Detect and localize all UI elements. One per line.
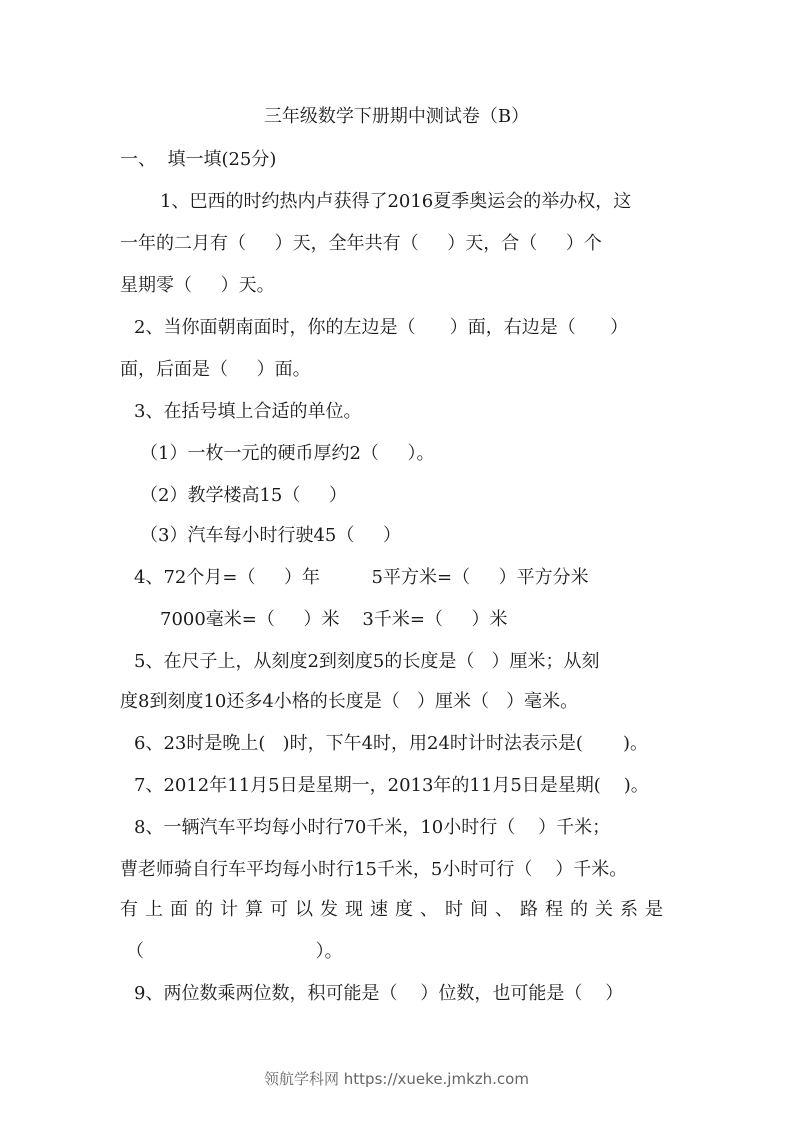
question-8-line-3: 有上面的计算可以发现速度、时间、路程的关系是 [120, 898, 670, 922]
question-6: 6、23时是晚上( )时，下午4时，用24时计时法表示是( )。 [134, 732, 648, 756]
footer-watermark: 领航学科网 https://xueke.jmkzh.com [0, 1068, 793, 1089]
question-3-item-1: （1）一枚一元的硬币厚约2（ ）。 [140, 442, 435, 466]
question-9: 9、两位数乘两位数，积可能是（ ）位数，也可能是（ ） [134, 982, 623, 1006]
question-5-line-1: 5、在尺子上，从刻度2到刻度5的长度是（ ）厘米；从刻 [134, 650, 600, 674]
question-1-line-1: 1、巴西的时约热内卢获得了2016夏季奥运会的举办权，这 [160, 190, 631, 214]
question-8-answer-blank: （ ）。 [126, 940, 343, 964]
question-1-line-3: 星期零（ ）天。 [120, 274, 275, 298]
question-1-line-2: 一年的二月有（ ）天，全年共有（ ）天，合（ ）个 [120, 232, 602, 256]
question-2-line-1: 2、当你面朝南面时，你的左边是（ ）面，右边是（ ） [134, 316, 628, 340]
question-5-line-2: 度8到刻度10还多4小格的长度是（ ）厘米（ ）毫米。 [120, 690, 578, 714]
page-title: 三年级数学下册期中测试卷（B） [0, 105, 793, 129]
question-4-line-2: 7000毫米=（ ）米 3千米=（ ）米 [160, 608, 508, 632]
question-7: 7、2012年11月5日是星期一，2013年的11月5日是星期( )。 [134, 774, 649, 798]
question-3-item-3: （3）汽车每小时行驶45（ ） [140, 524, 401, 548]
section-heading: 一、 填一填(25分) [120, 148, 276, 172]
question-8-line-2: 曹老师骑自行车平均每小时行15千米，5小时可行（ ）千米。 [120, 858, 627, 882]
question-3-item-2: （2）教学楼高15（ ） [140, 484, 347, 508]
question-3: 3、在括号填上合适的单位。 [134, 400, 361, 424]
question-2-line-2: 面，后面是（ ）面。 [120, 358, 311, 382]
question-4-line-1: 4、72个月=（ ）年 5平方米=（ ）平方分米 [134, 566, 589, 590]
question-8-line-1: 8、一辆汽车平均每小时行70千米，10小时行（ ）千米； [134, 816, 610, 840]
